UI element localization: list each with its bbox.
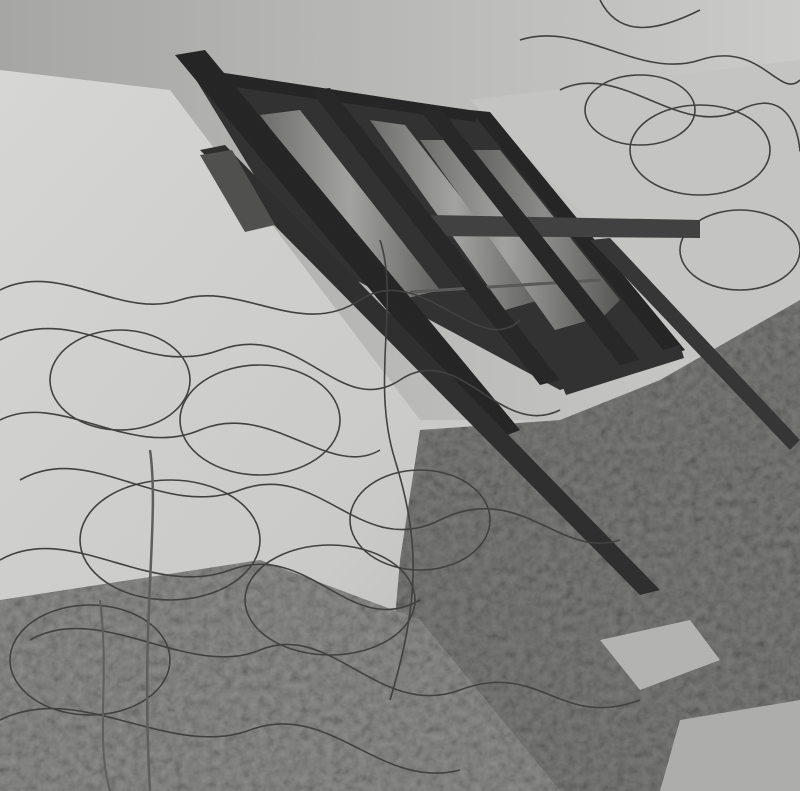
- film-grain: [0, 0, 800, 791]
- photograph: [0, 0, 800, 791]
- scene: [0, 0, 800, 791]
